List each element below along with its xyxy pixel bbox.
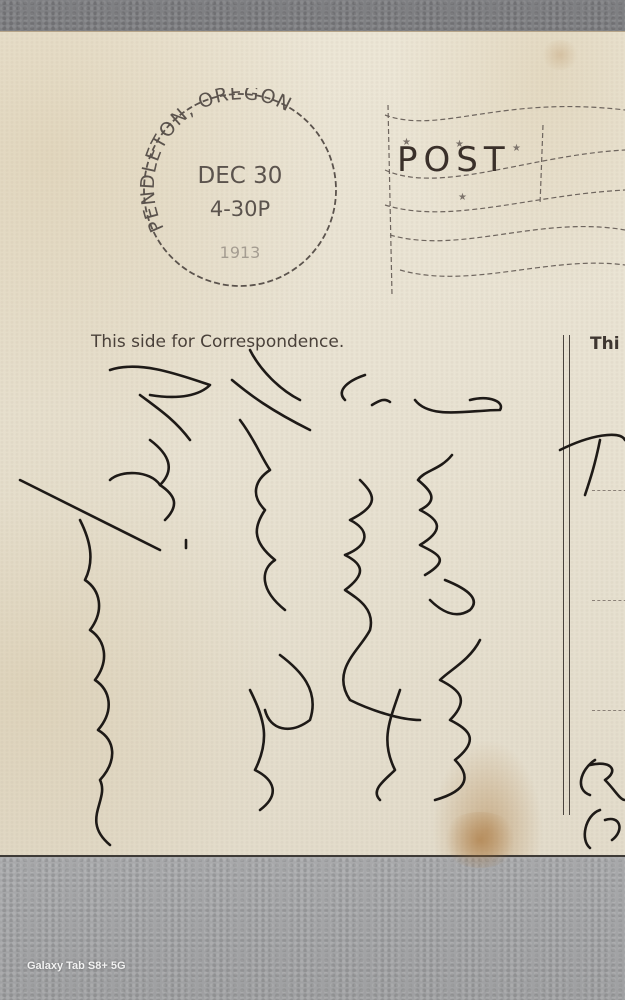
postmark-year: 1913 bbox=[220, 243, 261, 262]
stain bbox=[540, 40, 580, 70]
postmark-stamp: PENDLETON, OREGON DEC 30 4-30P 1913 bbox=[130, 88, 350, 298]
postmark-date: DEC 30 bbox=[198, 163, 283, 189]
svg-text:★: ★ bbox=[458, 192, 467, 203]
address-label: Thi bbox=[590, 334, 620, 354]
svg-text:★: ★ bbox=[512, 143, 521, 154]
address-line bbox=[592, 490, 625, 491]
correspondence-label: This side for Correspondence. bbox=[91, 332, 344, 352]
postmark-time: 4-30P bbox=[210, 197, 270, 221]
device-watermark: Galaxy Tab S8+ 5G bbox=[27, 960, 126, 972]
stain bbox=[440, 812, 520, 868]
photo-scene: PENDLETON, OREGON DEC 30 4-30P 1913 ★ ★ … bbox=[0, 0, 625, 1000]
table-surface-bottom bbox=[0, 857, 625, 1000]
postmark-icon: PENDLETON, OREGON DEC 30 4-30P 1913 bbox=[130, 88, 350, 298]
address-line bbox=[592, 710, 625, 711]
divider-line bbox=[563, 335, 570, 815]
table-surface-top bbox=[0, 0, 625, 31]
post-card-header: POST bbox=[397, 140, 511, 180]
address-line bbox=[592, 600, 625, 601]
cancellation-lines-icon: ★ ★ ★ ★ bbox=[380, 95, 625, 295]
